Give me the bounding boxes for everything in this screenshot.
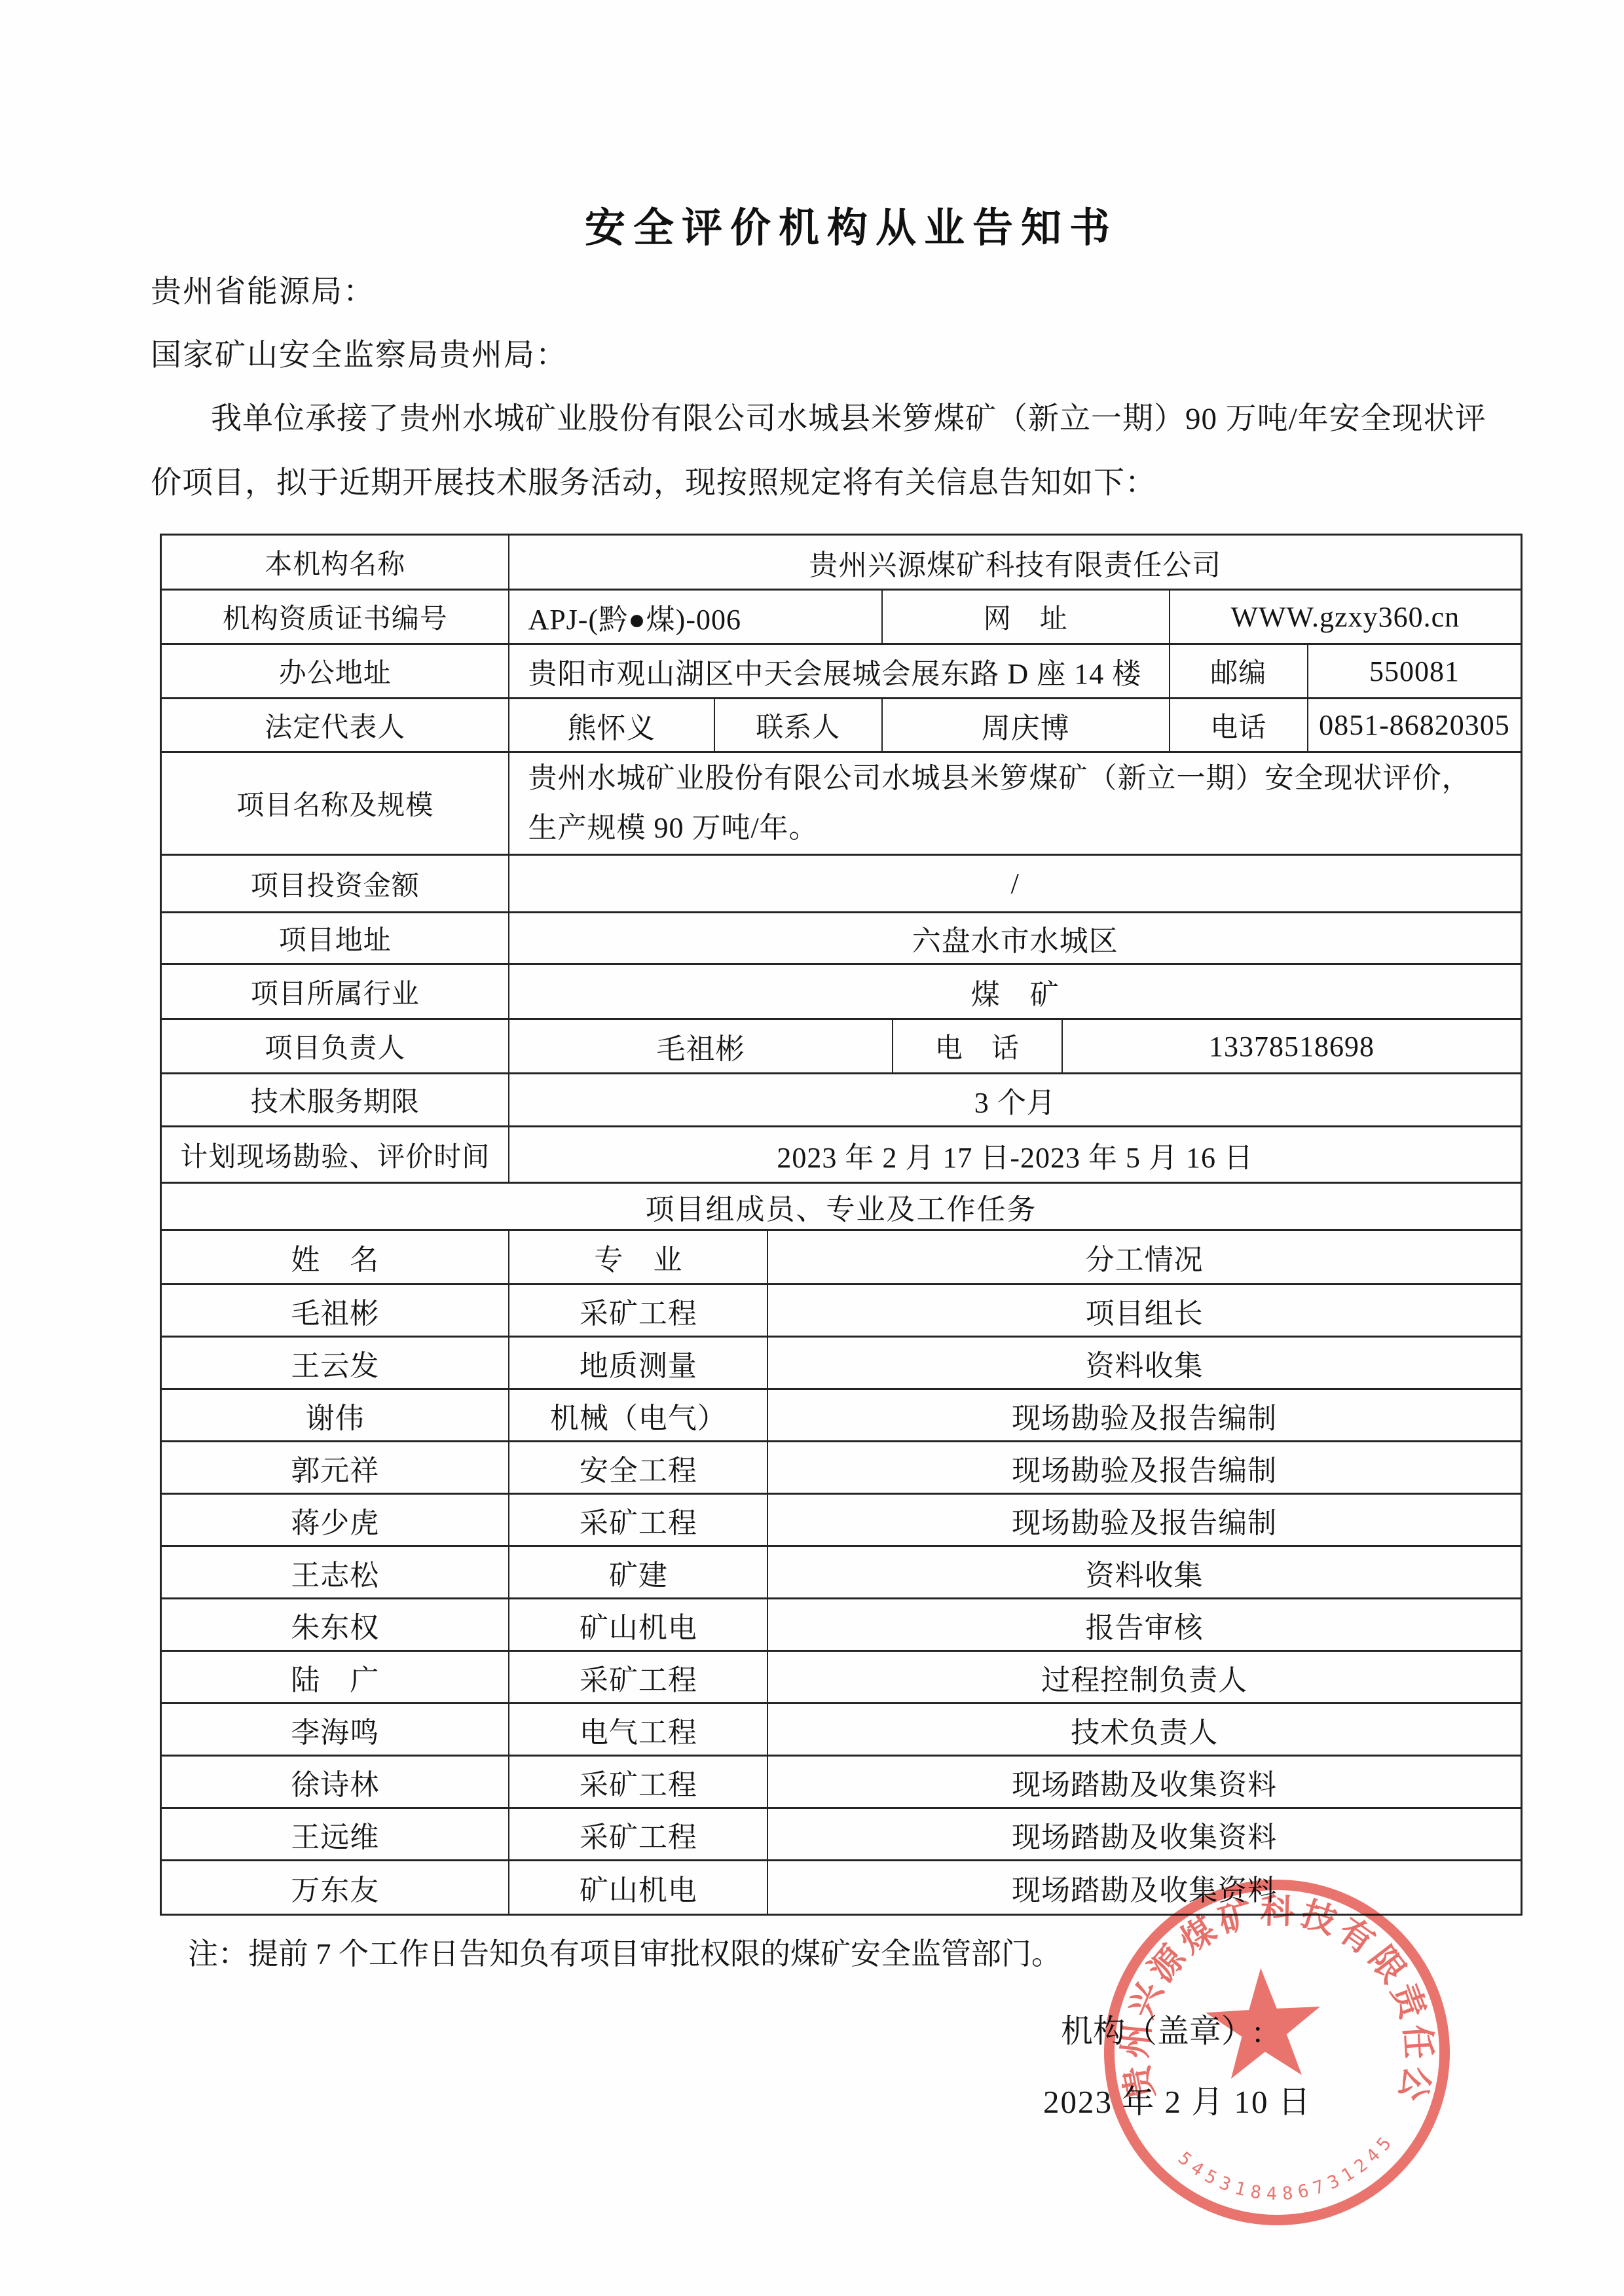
- member-name: 陆 广: [162, 1652, 509, 1702]
- contact-label: 联系人: [715, 699, 883, 751]
- phone-label: 电话: [1170, 699, 1308, 751]
- table-row: 项目名称及规模 贵州水城矿业股份有限公司水城县米箩煤矿（新立一期）安全现状评价，…: [162, 753, 1521, 856]
- leader-phone-label: 电 话: [893, 1020, 1063, 1072]
- col-header-major: 专 业: [509, 1231, 768, 1283]
- member-name: 王远维: [162, 1809, 509, 1859]
- member-row: 李海鸣 电气工程 技术负责人: [162, 1704, 1521, 1757]
- table-header-row: 姓 名 专 业 分工情况: [162, 1231, 1521, 1285]
- member-major: 安全工程: [509, 1442, 768, 1493]
- col-header-duty: 分工情况: [768, 1231, 1521, 1283]
- member-name: 王志松: [162, 1547, 509, 1597]
- site-value: 六盘水市水城区: [509, 913, 1521, 963]
- company-stamp: 贵州兴源煤矿科技有限责任公司 5453184867312458: [1083, 1859, 1471, 2247]
- table-row: 办公地址 贵阳市观山湖区中天会展城会展东路 D 座 14 楼 邮编 550081: [162, 645, 1521, 699]
- leader-label: 项目负责人: [162, 1020, 509, 1072]
- office-value: 贵阳市观山湖区中天会展城会展东路 D 座 14 楼: [509, 645, 1170, 697]
- member-major: 采矿工程: [509, 1285, 768, 1336]
- member-major: 电气工程: [509, 1704, 768, 1755]
- website-value: WWW.gzxy360.cn: [1170, 591, 1521, 643]
- member-row: 郭元祥 安全工程 现场勘验及报告编制: [162, 1442, 1521, 1495]
- investment-value: /: [509, 856, 1521, 911]
- member-major: 采矿工程: [509, 1809, 768, 1859]
- contact-value: 周庆博: [883, 699, 1170, 751]
- table-row: 项目地址 六盘水市水城区: [162, 913, 1521, 965]
- table-row: 项目所属行业 煤 矿: [162, 965, 1521, 1020]
- website-label: 网 址: [883, 591, 1170, 643]
- postcode-label: 邮编: [1170, 645, 1308, 697]
- member-duty: 现场勘验及报告编制: [768, 1442, 1521, 1493]
- info-table: 本机构名称 贵州兴源煤矿科技有限责任公司 机构资质证书编号 APJ-(黔●煤)-…: [160, 534, 1522, 1916]
- member-row: 王云发 地质测量 资料收集: [162, 1338, 1521, 1390]
- stamp-star-icon: [1204, 1965, 1323, 2080]
- member-name: 毛祖彬: [162, 1285, 509, 1336]
- member-row: 王志松 矿建 资料收集: [162, 1547, 1521, 1599]
- document-page: 安全评价机构从业告知书 贵州省能源局： 国家矿山安全监察局贵州局： 我单位承接了…: [0, 0, 1624, 2296]
- member-major: 机械（电气）: [509, 1390, 768, 1440]
- industry-label: 项目所属行业: [162, 965, 509, 1018]
- leader-phone-value: 13378518698: [1063, 1020, 1521, 1072]
- project-value: 贵州水城矿业股份有限公司水城县米箩煤矿（新立一期）安全现状评价， 生产规模 90…: [509, 753, 1521, 854]
- industry-value: 煤 矿: [509, 965, 1521, 1018]
- table-row: 项目投资金额 /: [162, 856, 1521, 913]
- member-row: 蒋少虎 采矿工程 现场勘验及报告编制: [162, 1495, 1521, 1547]
- table-row: 机构资质证书编号 APJ-(黔●煤)-006 网 址 WWW.gzxy360.c…: [162, 591, 1521, 645]
- table-row: 法定代表人 熊怀义 联系人 周庆博 电话 0851-86820305: [162, 699, 1521, 753]
- member-major: 矿山机电: [509, 1599, 768, 1650]
- postcode-value: 550081: [1308, 645, 1521, 697]
- member-row: 王远维 采矿工程 现场踏勘及收集资料: [162, 1809, 1521, 1861]
- member-row: 朱东权 矿山机电 报告审核: [162, 1599, 1521, 1652]
- office-label: 办公地址: [162, 645, 509, 697]
- member-major: 采矿工程: [509, 1652, 768, 1702]
- member-duty: 项目组长: [768, 1285, 1521, 1336]
- intro-line-1: 我单位承接了贵州水城矿业股份有限公司水城县米箩煤矿（新立一期）90 万吨/年安全…: [211, 394, 1486, 438]
- member-duty: 现场勘验及报告编制: [768, 1390, 1521, 1440]
- member-name: 徐诗林: [162, 1757, 509, 1807]
- duration-label: 技术服务期限: [162, 1074, 509, 1125]
- col-header-name: 姓 名: [162, 1231, 509, 1283]
- intro-line-2: 价项目，拟于近期开展技术服务活动，现按照规定将有关信息告知如下：: [151, 458, 1156, 502]
- table-section-header-row: 项目组成员、专业及工作任务: [162, 1184, 1521, 1231]
- schedule-label: 计划现场勘验、评价时间: [162, 1127, 509, 1182]
- member-row: 毛祖彬 采矿工程 项目组长: [162, 1285, 1521, 1338]
- member-duty: 资料收集: [768, 1338, 1521, 1388]
- project-label: 项目名称及规模: [162, 753, 509, 854]
- member-major: 采矿工程: [509, 1757, 768, 1807]
- member-name: 万东友: [162, 1861, 509, 1914]
- member-name: 谢伟: [162, 1390, 509, 1440]
- project-line-2: 生产规模 90 万吨/年。: [528, 803, 818, 853]
- member-row: 谢伟 机械（电气） 现场勘验及报告编制: [162, 1390, 1521, 1442]
- org-name-value: 贵州兴源煤矿科技有限责任公司: [509, 536, 1521, 589]
- recipient-line-2: 国家矿山安全监察局贵州局：: [151, 331, 568, 374]
- member-name: 王云发: [162, 1338, 509, 1388]
- member-row: 陆 广 采矿工程 过程控制负责人: [162, 1652, 1521, 1704]
- member-name: 郭元祥: [162, 1442, 509, 1493]
- investment-label: 项目投资金额: [162, 856, 509, 911]
- member-duty: 过程控制负责人: [768, 1652, 1521, 1702]
- member-row: 徐诗林 采矿工程 现场踏勘及收集资料: [162, 1757, 1521, 1809]
- schedule-value: 2023 年 2 月 17 日-2023 年 5 月 16 日: [509, 1127, 1521, 1182]
- member-duty: 报告审核: [768, 1599, 1521, 1650]
- member-major: 矿建: [509, 1547, 768, 1597]
- team-section-title: 项目组成员、专业及工作任务: [162, 1184, 1521, 1229]
- legal-rep-value: 熊怀义: [509, 699, 714, 751]
- table-row: 本机构名称 贵州兴源煤矿科技有限责任公司: [162, 536, 1521, 591]
- recipient-line-1: 贵州省能源局：: [151, 267, 375, 311]
- project-line-1: 贵州水城矿业股份有限公司水城县米箩煤矿（新立一期）安全现状评价，: [528, 754, 1471, 803]
- member-duty: 现场勘验及报告编制: [768, 1495, 1521, 1545]
- member-major: 地质测量: [509, 1338, 768, 1388]
- member-major: 采矿工程: [509, 1495, 768, 1545]
- legal-rep-label: 法定代表人: [162, 699, 509, 751]
- member-duty: 技术负责人: [768, 1704, 1521, 1755]
- cert-value: APJ-(黔●煤)-006: [509, 591, 882, 643]
- phone-value: 0851-86820305: [1308, 699, 1521, 751]
- duration-value: 3 个月: [509, 1074, 1521, 1125]
- member-name: 蒋少虎: [162, 1495, 509, 1545]
- member-duty: 资料收集: [768, 1547, 1521, 1597]
- cert-label: 机构资质证书编号: [162, 591, 509, 643]
- page-title: 安全评价机构从业告知书: [79, 195, 1624, 253]
- member-duty: 现场踏勘及收集资料: [768, 1757, 1521, 1807]
- table-row: 技术服务期限 3 个月: [162, 1074, 1521, 1127]
- member-name: 朱东权: [162, 1599, 509, 1650]
- leader-value: 毛祖彬: [509, 1020, 893, 1072]
- member-name: 李海鸣: [162, 1704, 509, 1755]
- footnote: 注：提前 7 个工作日告知负有项目审批权限的煤矿安全监管部门。: [188, 1930, 1061, 1973]
- member-major: 矿山机电: [509, 1861, 768, 1914]
- org-name-label: 本机构名称: [162, 536, 509, 589]
- table-row: 项目负责人 毛祖彬 电 话 13378518698: [162, 1020, 1521, 1074]
- member-duty: 现场踏勘及收集资料: [768, 1809, 1521, 1859]
- site-label: 项目地址: [162, 913, 509, 963]
- table-row: 计划现场勘验、评价时间 2023 年 2 月 17 日-2023 年 5 月 1…: [162, 1127, 1521, 1184]
